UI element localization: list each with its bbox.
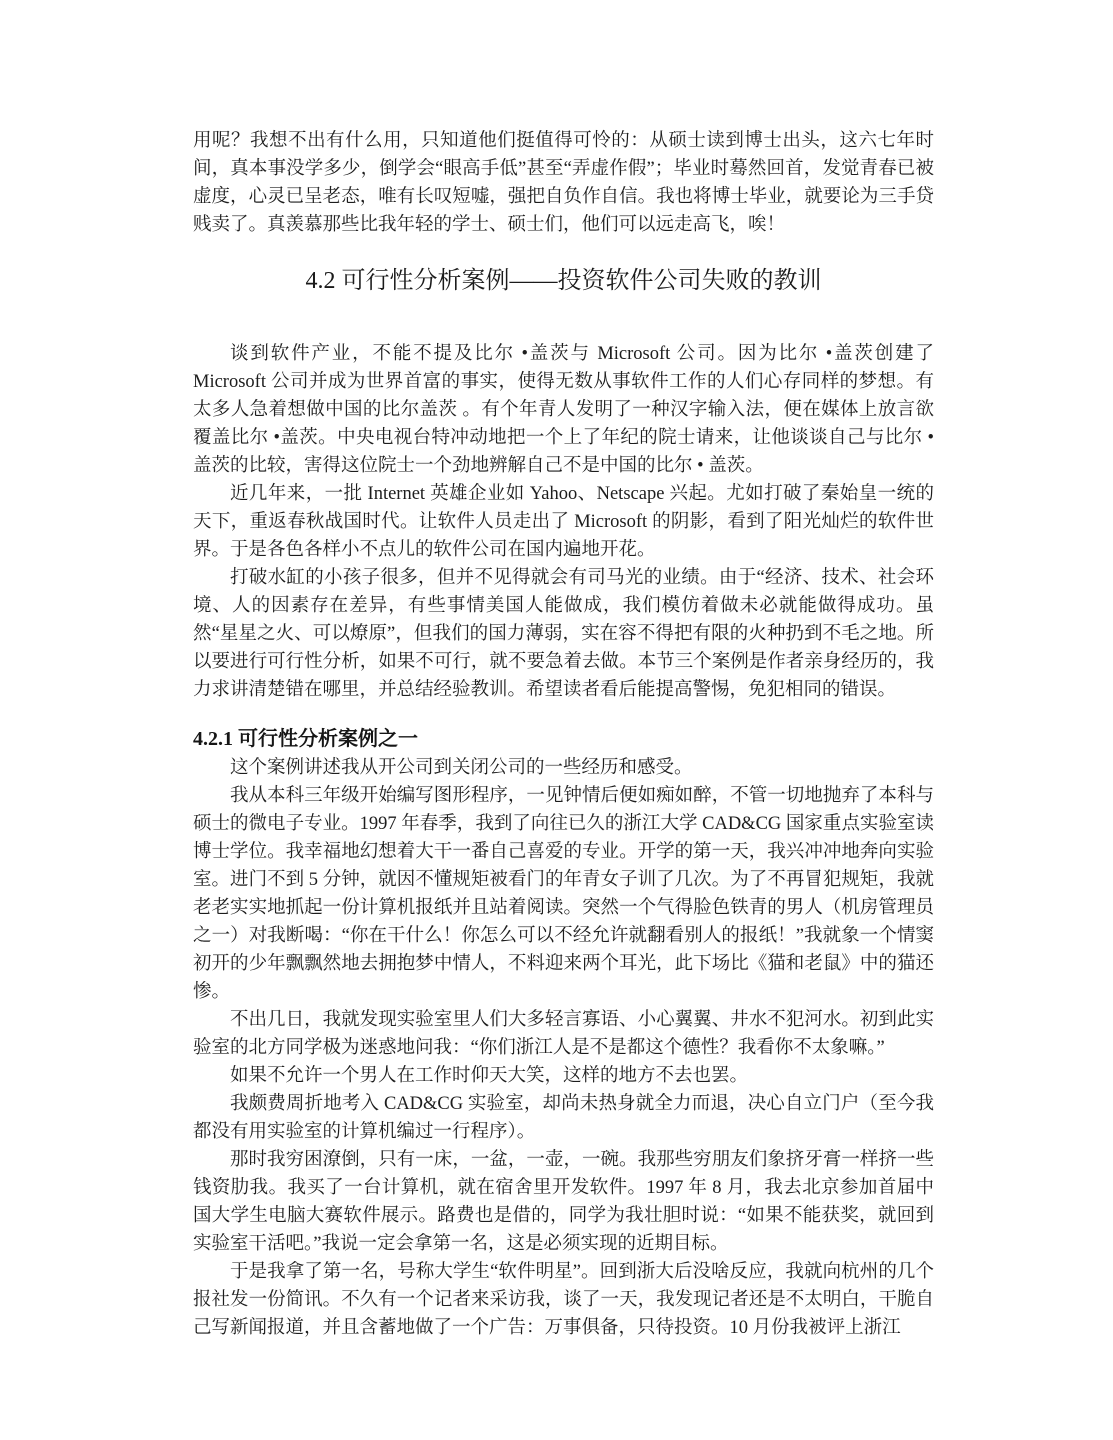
body-paragraph: 如果不允许一个男人在工作时仰天大笑，这样的地方不去也罢。 <box>193 1062 934 1090</box>
section-heading: 4.2 可行性分析案例——投资软件公司失败的教训 <box>193 266 934 296</box>
body-paragraph: 不出几日，我就发现实验室里人们大多轻言寡语、小心翼翼、井水不犯河水。初到此实验室… <box>193 1006 934 1062</box>
body-paragraph: 于是我拿了第一名，号称大学生“软件明星”。回到浙大后没啥反应，我就向杭州的几个报… <box>193 1258 934 1342</box>
body-paragraph: 这个案例讲述我从开公司到关闭公司的一些经历和感受。 <box>193 754 934 782</box>
subsection-heading: 4.2.1 可行性分析案例之一 <box>193 724 934 754</box>
body-paragraph: 我颇费周折地考入 CAD&CG 实验室，却尚未热身就全力而退，决心自立门户（至今… <box>193 1090 934 1146</box>
intro-paragraph: 谈到软件产业，不能不提及比尔 •盖茨与 Microsoft 公司。因为比尔 •盖… <box>193 340 934 480</box>
body-paragraph: 我从本科三年级开始编写图形程序，一见钟情后便如痴如醉，不管一切地抛弃了本科与硕士… <box>193 782 934 1006</box>
intro-paragraph: 打破水缸的小孩子很多，但并不见得就会有司马光的业绩。由于“经济、技术、社会环境、… <box>193 564 934 704</box>
body-paragraph: 那时我穷困潦倒，只有一床，一盆，一壶，一碗。我那些穷朋友们象挤牙膏一样挤一些钱资… <box>193 1146 934 1258</box>
intro-paragraph: 近几年来，一批 Internet 英雄企业如 Yahoo、Netscape 兴起… <box>193 480 934 564</box>
page-content: 用呢？我想不出有什么用，只知道他们挺值得可怜的：从硕士读到博士出头，这六七年时间… <box>193 127 934 1342</box>
document-page: 用呢？我想不出有什么用，只知道他们挺值得可怜的：从硕士读到博士出头，这六七年时间… <box>0 0 1113 1440</box>
continued-paragraph: 用呢？我想不出有什么用，只知道他们挺值得可怜的：从硕士读到博士出头，这六七年时间… <box>193 127 934 239</box>
